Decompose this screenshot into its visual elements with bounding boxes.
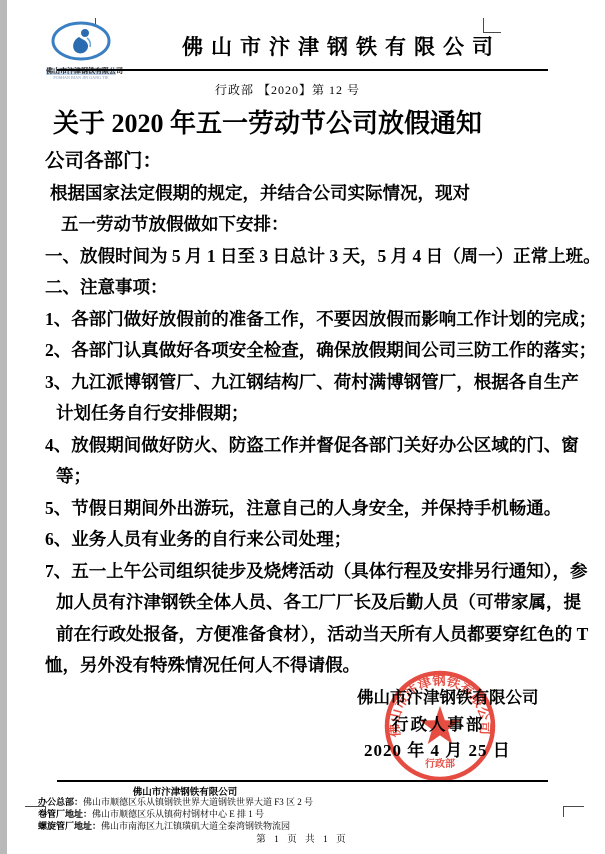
address-value: 佛山市南海区九江镇璜矶大道全泰湾钢铁物流园 [101, 821, 290, 831]
page-edge-shadow [0, 0, 7, 854]
body-line: 3、九江派博钢管厂、九江钢结构厂、荷村满博钢管厂，根据各自生产 [45, 367, 575, 399]
body-line: 加人员有汴津钢铁全体人员、各工厂厂长及后勤人员（可带家属，提 [45, 587, 575, 619]
body-line: 6、业务人员有业务的自行来公司处理； [45, 524, 575, 556]
address-row: 卷管厂地址：佛山市顺德区乐从镇荷村钢材中心 E 排 1 号 [38, 808, 313, 820]
stamp-bottom-text: 行政部 [425, 757, 455, 770]
address-label: 办公总部： [38, 797, 83, 807]
address-label: 卷管厂地址： [38, 809, 92, 819]
address-label: 螺旋管厂地址： [38, 821, 101, 831]
intro-line: 五一劳动节放假做如下安排： [45, 209, 575, 241]
crop-mark-bottom-right [563, 806, 584, 817]
footer-addresses: 办公总部：佛山市顺德区乐从镇钢铁世界大道钢铁世界大道 F3 区 2 号 卷管厂地… [38, 796, 313, 832]
body-line: 等； [45, 461, 575, 493]
body-line: 1、各部门做好放假前的准备工作，不要因放假而影响工作计划的完成； [45, 304, 575, 336]
logo-text-en: FOSHAN BIAN JIN GANG TIE [49, 75, 113, 81]
doc-number: 行政部 【2020】第 12 号 [0, 81, 575, 98]
header-rule [57, 69, 548, 71]
company-logo: 佛山市汴津钢铁有限公司 FOSHAN BIAN JIN GANG TIE [46, 20, 116, 81]
notice-body: 公司各部门： 根据国家法定假期的规定，并结合公司实际情况，现对 五一劳动节放假做… [45, 146, 575, 682]
address-value: 佛山市顺德区乐从镇钢铁世界大道钢铁世界大道 F3 区 2 号 [83, 797, 313, 807]
notice-title: 关于 2020 年五一劳动节公司放假通知 [20, 103, 515, 140]
body-line: 4、放假期间做好防火、防盗工作并督促各部门关好办公区域的门、窗 [45, 430, 575, 462]
page-number: 第 1 页 共 1 页 [0, 831, 605, 845]
body-line: 二、注意事项： [45, 272, 575, 304]
body-line: 5、节假日期间外出游玩，注意自己的人身安全，并保持手机畅通。 [45, 493, 575, 525]
body-line: 一、放假时间为 5 月 1 日至 3 日总计 3 天，5 月 4 日（周一）正常… [45, 241, 575, 273]
logo-ellipse-icon [49, 20, 113, 62]
salutation: 公司各部门： [45, 146, 575, 178]
company-name-header: 佛山市汴津钢铁有限公司 [118, 31, 565, 61]
address-value: 佛山市顺德区乐从镇荷村钢材中心 E 排 1 号 [92, 809, 264, 819]
address-row: 办公总部：佛山市顺德区乐从镇钢铁世界大道钢铁世界大道 F3 区 2 号 [38, 796, 313, 808]
body-line: 2、各部门认真做好各项安全检查，确保放假期间公司三防工作的落实； [45, 335, 575, 367]
intro-line: 根据国家法定假期的规定，并结合公司实际情况，现对 [45, 178, 575, 210]
body-line: 前在行政处报备，方便准备食材），活动当天所有人员都要穿红色的 T [45, 619, 575, 651]
body-line: 7、五一上午公司组织徒步及烧烤活动（具体行程及安排另行通知），参 [45, 556, 575, 588]
body-line: 计划任务自行安排假期； [45, 398, 575, 430]
footer-rule [57, 780, 548, 782]
company-stamp-icon: 佛山市汴津钢铁有限公司 行政部 [378, 664, 502, 788]
stamp-star-icon [420, 706, 460, 744]
